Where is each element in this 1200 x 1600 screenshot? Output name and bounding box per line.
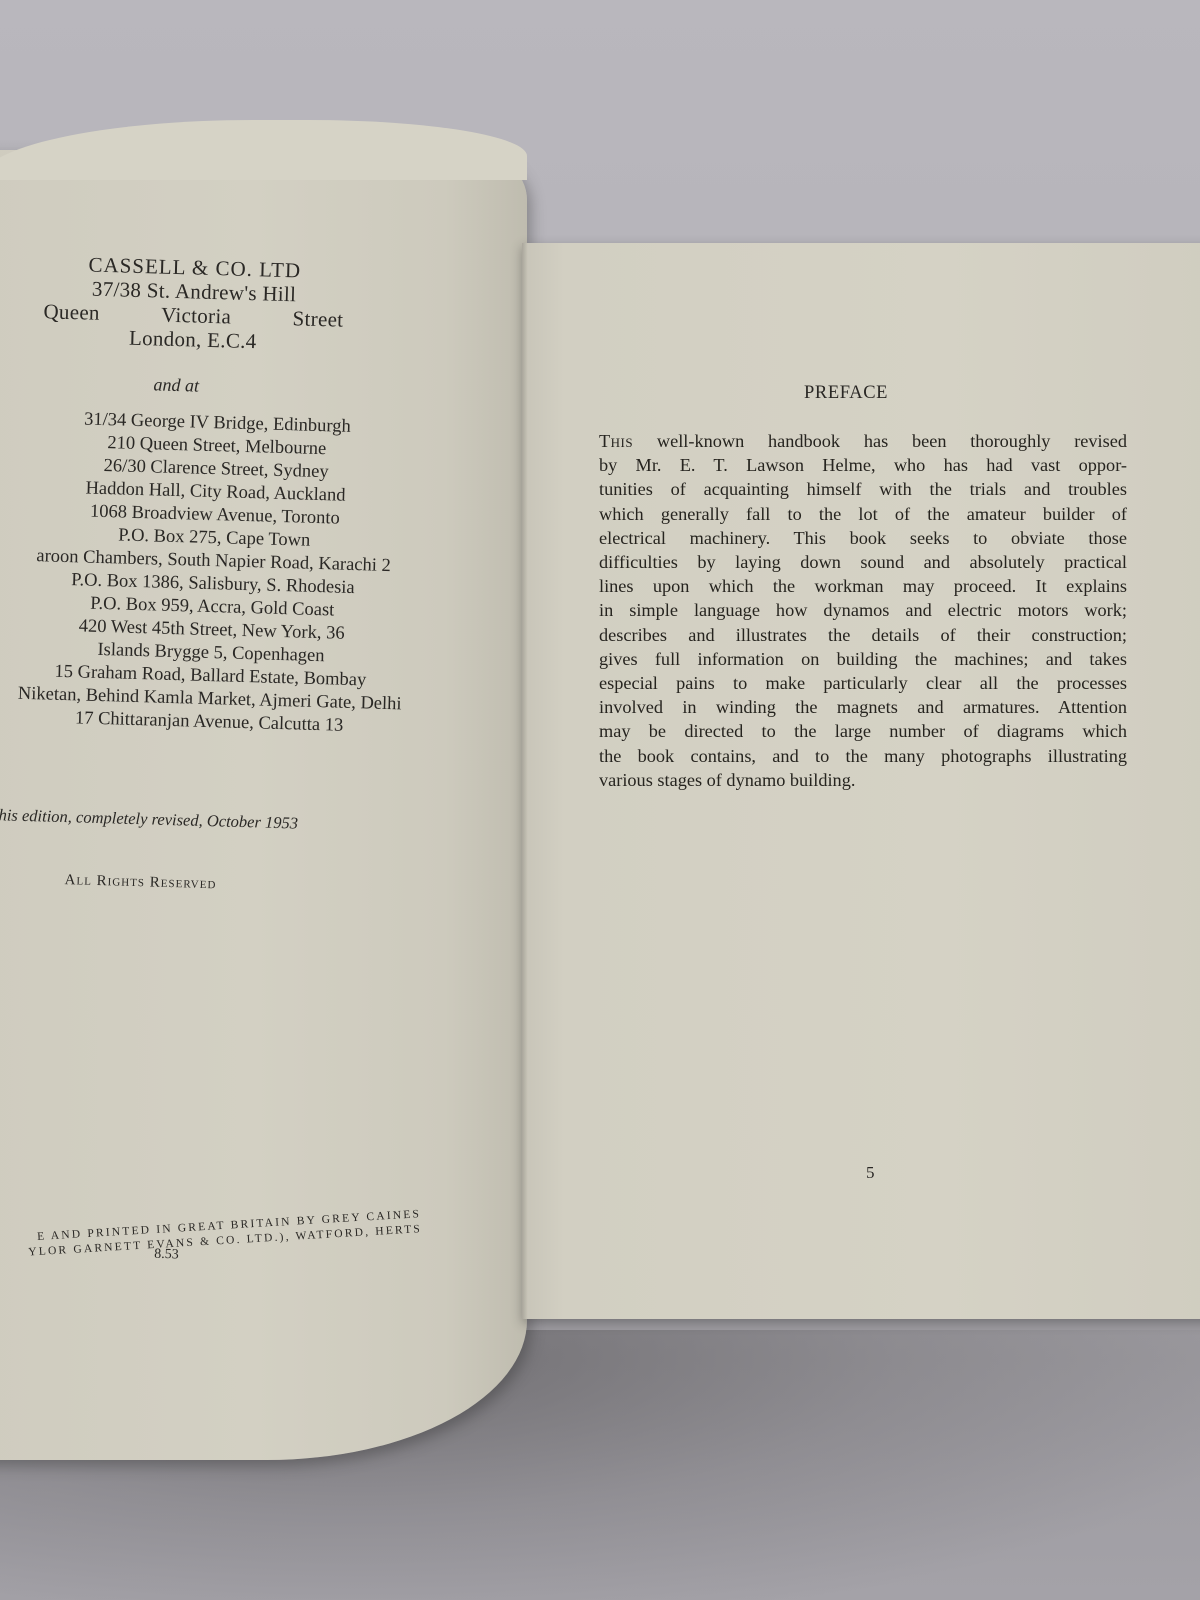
preface-line: involved in winding the magnets and arma… [599,695,1127,719]
page-number: 5 [866,1163,875,1183]
preface-line: may be directed to the large number of d… [599,719,1127,743]
preface-line: tunities of acquainting himself with the… [599,477,1127,501]
rights-notice: All Rights Reserved [64,872,216,893]
left-page-content: CASSELL & CO. LTD 37/38 St. Andrew's Hil… [0,150,500,1473]
address-word: Street [292,306,343,331]
preface-line: especial pains to make particularly clea… [599,671,1127,695]
preface-line: lines upon which the workman may proceed… [599,574,1127,598]
preface-lead-word: This [599,431,633,451]
print-code: 8.53 [154,1247,179,1264]
preface-line: in simple language how dynamos and elect… [599,598,1127,622]
right-page: PREFACE This well-known handbook has bee… [522,243,1200,1319]
preface-line: by Mr. E. T. Lawson Helme, who has had v… [599,453,1127,477]
preface-title: PREFACE [804,383,888,404]
publisher-address: CASSELL & CO. LTD 37/38 St. Andrew's Hil… [43,251,346,355]
preface-line: the book contains, and to the many photo… [599,744,1127,768]
left-page: CASSELL & CO. LTD 37/38 St. Andrew's Hil… [0,150,527,1460]
and-at-label: and at [153,374,199,396]
preface-line: electrical machinery. This book seeks to… [599,526,1127,550]
address-word: Queen [43,299,100,325]
address-word: Victoria [161,303,232,329]
preface-line: which generally fall to the lot of the a… [599,502,1127,526]
preface-line: describes and illustrates the details of… [599,623,1127,647]
preface-line-text: well-known handbook has been thoroughly … [633,431,1127,451]
preface-line: various stages of dynamo building. [599,768,1127,792]
preface-line: difficulties by laying down sound and ab… [599,550,1127,574]
printer-imprint: E AND PRINTED IN GREAT BRITAIN BY GREY C… [0,1207,422,1265]
preface-line: gives full information on building the m… [599,647,1127,671]
edition-note: This edition, completely revised, Octobe… [0,805,298,834]
preface-body: This well-known handbook has been thorou… [599,429,1127,792]
book-gutter [522,243,528,1319]
branch-office-list: 31/34 George IV Bridge, Edinburgh 210 Qu… [0,406,453,741]
preface-line: This well-known handbook has been thorou… [599,429,1127,453]
